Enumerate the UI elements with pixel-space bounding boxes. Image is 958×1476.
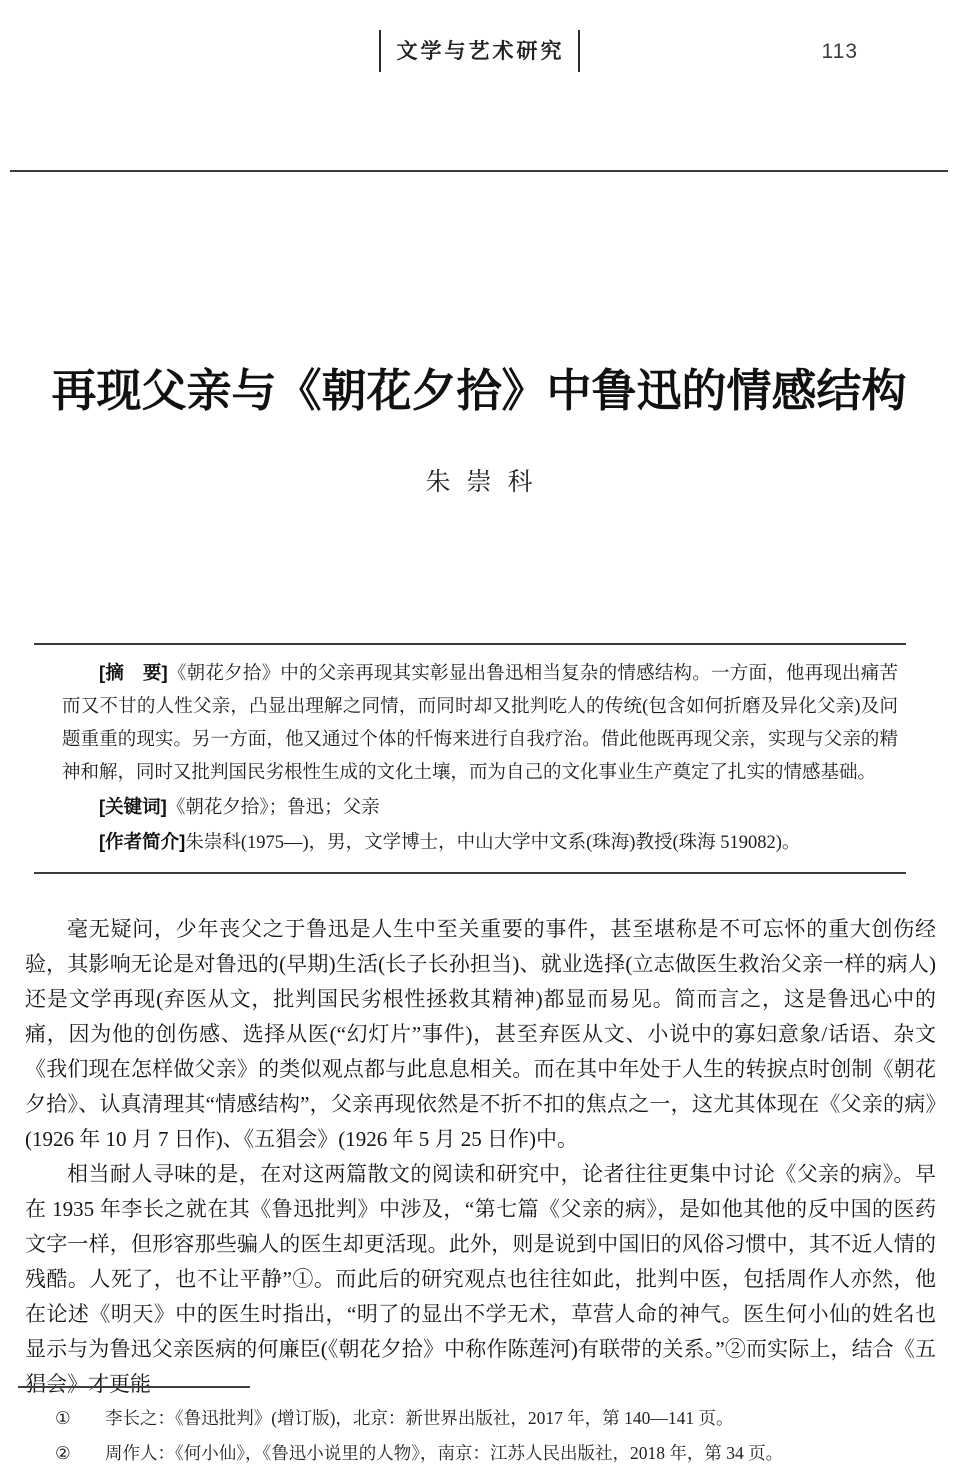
footnote-1: ① 李长之：《鲁迅批判》(增订版)，北京：新世界出版社，2017 年，第 140… — [0, 1401, 930, 1436]
footnote-2-text: 周作人：《何小仙》，《鲁迅小说里的人物》，南京：江苏人民出版社，2018 年，第… — [105, 1436, 930, 1471]
article-author: 朱崇科 — [0, 462, 958, 498]
footnote-separator-rule — [18, 1386, 250, 1388]
abstract-paragraph: [摘 要]《朝花夕拾》中的父亲再现其实彰显出鲁迅相当复杂的情感结构。一方面，他再… — [62, 656, 898, 790]
abstract-label: [摘 要] — [99, 662, 168, 683]
body-paragraph-1: 毫无疑问，少年丧父之于鲁迅是人生中至关重要的事件，甚至堪称是不可忘怀的重大创伤经… — [25, 912, 936, 1157]
keywords-label: [关键词] — [99, 796, 167, 817]
abstract-text: 《朝花夕拾》中的父亲再现其实彰显出鲁迅相当复杂的情感结构。一方面，他再现出痛苦而… — [62, 664, 898, 783]
keywords-line: [关键词]《朝花夕拾》；鲁迅；父亲 — [62, 790, 898, 825]
author-bio-text: 朱崇科(1975—)，男，文学博士，中山大学中文系(珠海)教授(珠海 51908… — [185, 833, 800, 853]
journal-section-title: 文学与艺术研究 — [379, 30, 580, 72]
author-bio-label: [作者简介] — [99, 831, 185, 852]
footnote-2-marker: ② — [55, 1436, 105, 1471]
footnotes: ① 李长之：《鲁迅批判》(增订版)，北京：新世界出版社，2017 年，第 140… — [0, 1401, 930, 1471]
footnote-1-text: 李长之：《鲁迅批判》(增订版)，北京：新世界出版社，2017 年，第 140—1… — [105, 1401, 930, 1436]
keywords-text: 《朝花夕拾》；鲁迅；父亲 — [167, 798, 380, 818]
journal-page: 文学与艺术研究 113 再现父亲与《朝花夕拾》中鲁迅的情感结构 朱崇科 [摘 要… — [0, 0, 958, 1476]
author-bio-line: [作者简介]朱崇科(1975—)，男，文学博士，中山大学中文系(珠海)教授(珠海… — [62, 825, 898, 860]
journal-section-header: 文学与艺术研究 — [0, 30, 958, 72]
footnote-2: ② 周作人：《何小仙》，《鲁迅小说里的人物》，南京：江苏人民出版社，2018 年… — [0, 1436, 930, 1471]
footnote-1-marker: ① — [55, 1401, 105, 1436]
abstract-block: [摘 要]《朝花夕拾》中的父亲再现其实彰显出鲁迅相当复杂的情感结构。一方面，他再… — [34, 643, 906, 874]
article-title: 再现父亲与《朝花夕拾》中鲁迅的情感结构 — [0, 354, 958, 419]
page-number: 113 — [822, 40, 858, 64]
body-paragraph-2: 相当耐人寻味的是，在对这两篇散文的阅读和研究中，论者往往更集中讨论《父亲的病》。… — [25, 1157, 936, 1402]
header-divider-rule — [10, 170, 948, 172]
article-body: 毫无疑问，少年丧父之于鲁迅是人生中至关重要的事件，甚至堪称是不可忘怀的重大创伤经… — [25, 912, 936, 1402]
